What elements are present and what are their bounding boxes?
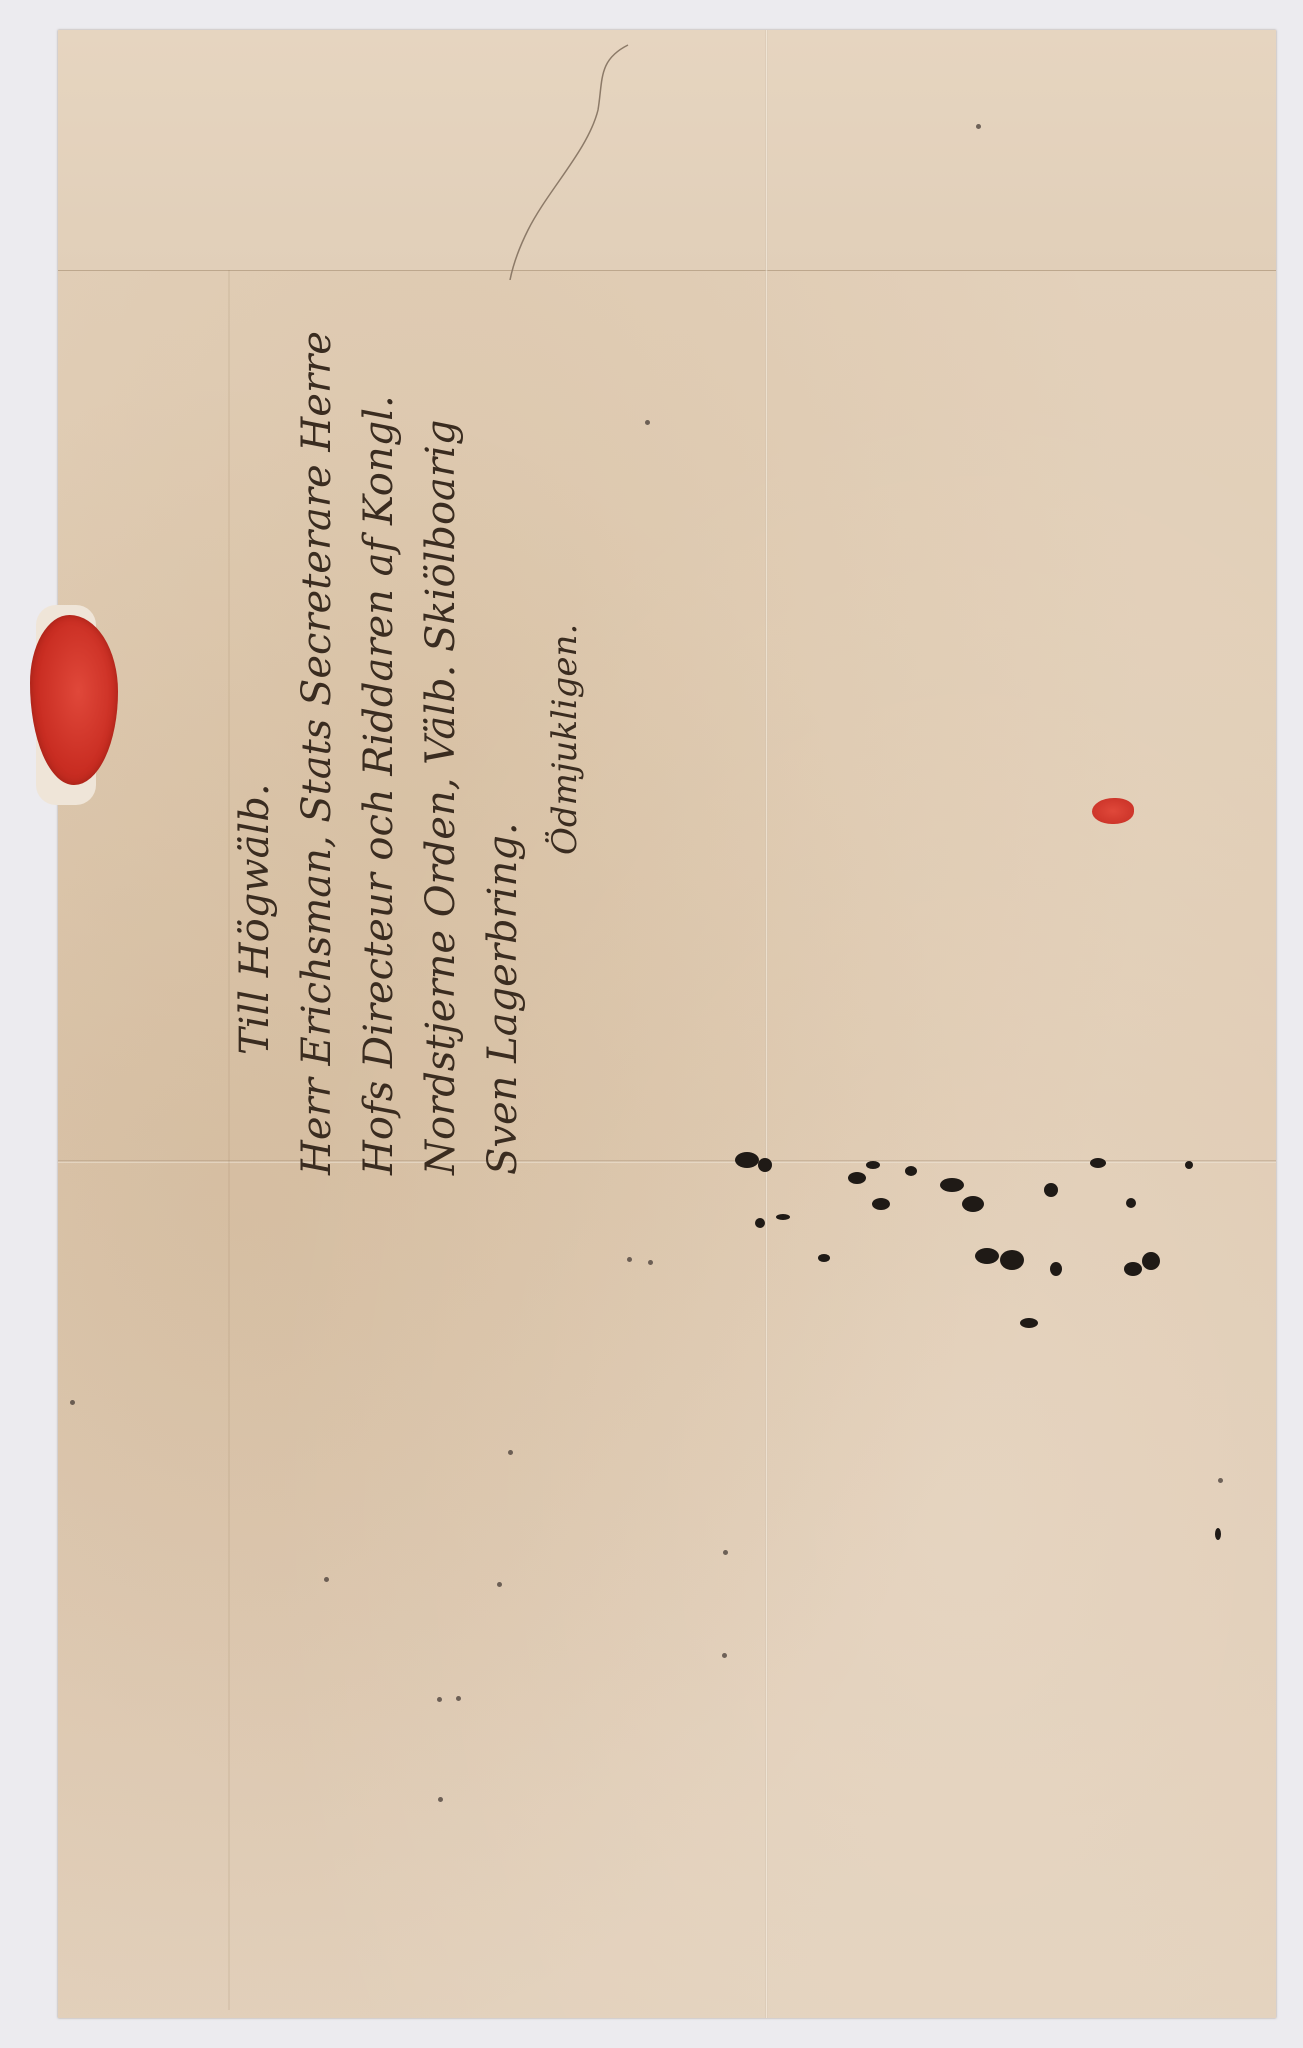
address-line: Till Högwälb. [224, 295, 286, 1175]
closing-line: Ödmjukligen. [534, 295, 596, 1175]
address-line: Nordstjerne Orden, Välb. Skiölboarig [410, 295, 472, 1175]
top-flap [58, 30, 1276, 271]
address-line: Hofs Directeur och Riddaren af Kongl. [348, 295, 410, 1175]
signature-line: Sven Lagerbring. [472, 295, 534, 1175]
paper-tear-line [428, 40, 648, 280]
vertical-fold [765, 30, 768, 2018]
address-block: Till Högwälb. Herr Erichsman, Stats Secr… [170, 290, 650, 1180]
address-line: Herr Erichsman, Stats Secreterare Herre [286, 295, 348, 1175]
red-wax-fragment [1092, 798, 1134, 824]
